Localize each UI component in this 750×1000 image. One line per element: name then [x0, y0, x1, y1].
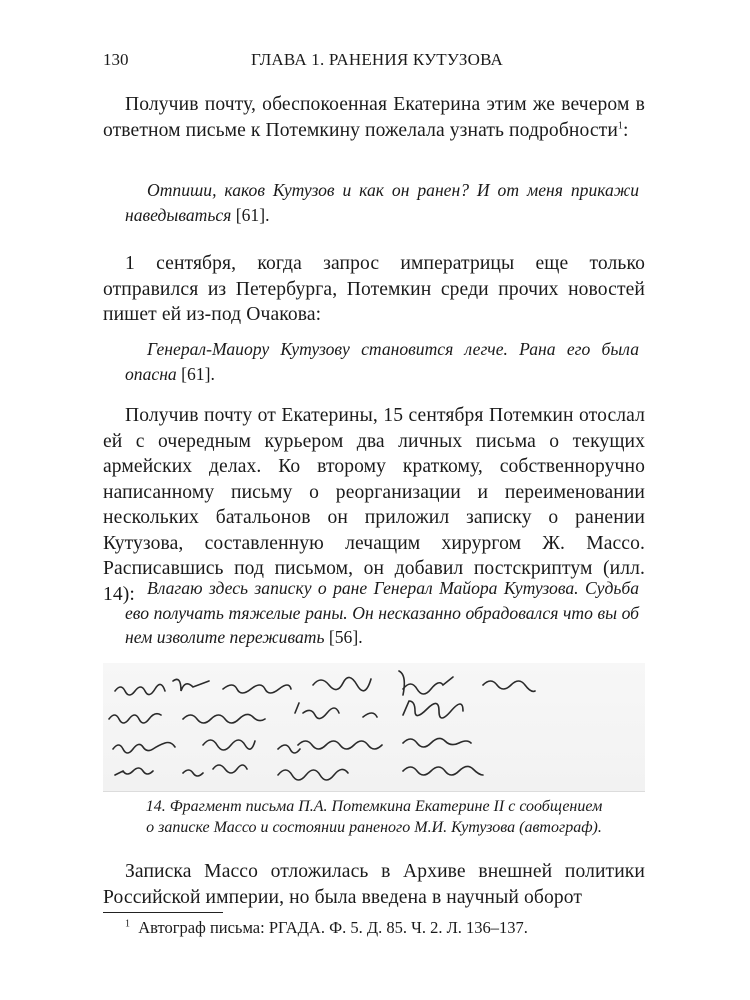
handwritten-manuscript-image: [103, 663, 645, 792]
paragraph-text: Получив почту от Екатерины, 15 сентября …: [103, 405, 645, 605]
quote-text: Влагаю здесь записку о ране Генерал Майо…: [125, 578, 639, 647]
footnote-divider: [103, 912, 223, 913]
quote-2: Генерал-Маиору Кутузову становится легче…: [103, 337, 639, 386]
footnote-number: 1: [125, 919, 130, 930]
paragraph-2: 1 сентября, когда запрос императрицы еще…: [103, 251, 645, 328]
paragraph-1: Получив почту, обеспокоенная Екатерина э…: [103, 92, 645, 143]
caption-line: о записке Массо и состоянии раненого М.И…: [103, 817, 645, 838]
running-head: 130 ГЛАВА 1. РАНЕНИЯ КУТУЗОВА: [103, 50, 645, 72]
citation-ref: [56].: [329, 627, 363, 647]
footnote: 1 Автограф письма: РГАДА. Ф. 5. Д. 85. Ч…: [125, 917, 645, 939]
chapter-title: ГЛАВА 1. РАНЕНИЯ КУТУЗОВА: [103, 50, 645, 70]
citation-ref: [61].: [181, 364, 215, 384]
quote-3: Влагаю здесь записку о ране Генерал Майо…: [103, 576, 639, 650]
quote-1: Отпиши, каков Кутузов и как он ранен? И …: [103, 178, 639, 227]
paragraph-text: Записка Массо отложилась в Архиве внешне…: [103, 861, 645, 908]
caption-line: 14. Фрагмент письма П.А. Потемкина Екате…: [103, 796, 645, 817]
paragraph-text: :: [623, 120, 629, 141]
citation-ref: [61].: [236, 205, 270, 225]
paragraph-4: Записка Массо отложилась в Архиве внешне…: [103, 859, 645, 910]
figure-caption: 14. Фрагмент письма П.А. Потемкина Екате…: [103, 796, 645, 838]
manuscript-handwriting-icon: [103, 663, 645, 791]
quote-text: Отпиши, каков Кутузов и как он ранен? И …: [125, 180, 639, 225]
footnote-text: Автограф письма: РГАДА. Ф. 5. Д. 85. Ч. …: [138, 918, 528, 937]
paragraph-text: 1 сентября, когда запрос императрицы еще…: [103, 253, 645, 325]
paragraph-text: Получив почту, обеспокоенная Екатерина э…: [103, 94, 645, 141]
